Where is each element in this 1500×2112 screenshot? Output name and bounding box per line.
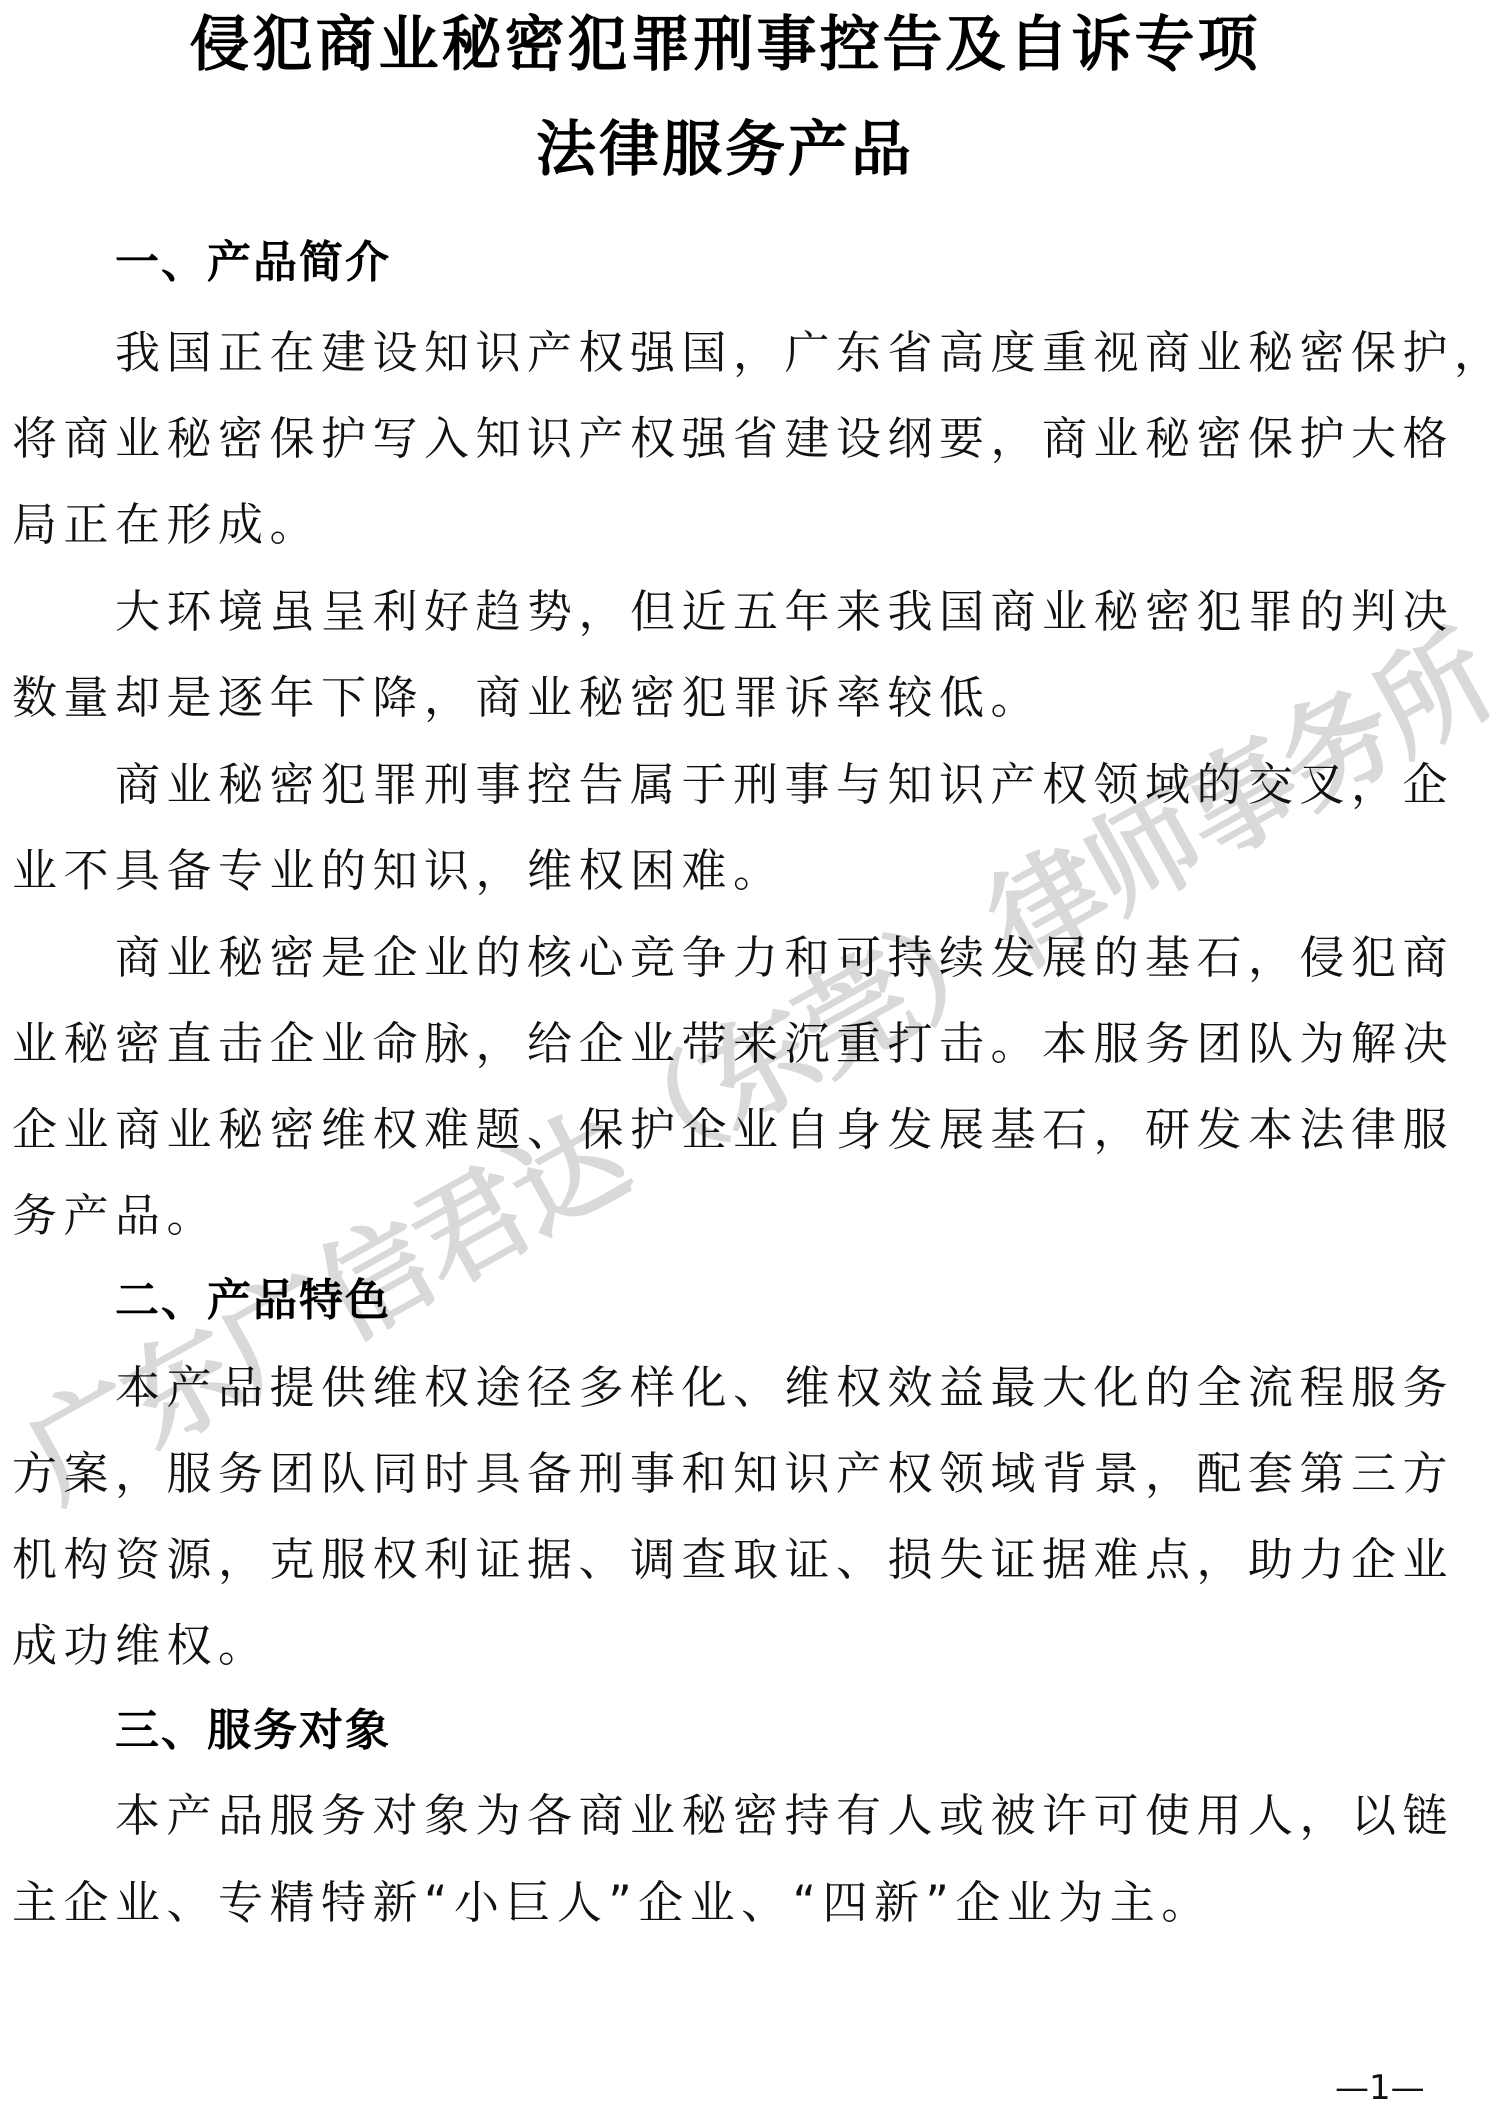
paragraph-line: 本产品服务对象为各商业秘密持有人或被许可使用人，以链 [115, 1791, 1500, 1841]
document-title-line-2: 法律服务产品 [0, 115, 1450, 185]
section-heading-features: 二、产品特色 [115, 1276, 391, 1326]
document-page: 广东广信君达（东莞）律师事务所 侵犯商业秘密犯罪刑事控告及自诉专项 法律服务产品… [0, 0, 1500, 2112]
paragraph-line: 我国正在建设知识产权强国，广东省高度重视商业秘密保护， [115, 328, 1500, 378]
page-content: 侵犯商业秘密犯罪刑事控告及自诉专项 法律服务产品 一、产品简介 我国正在建设知识… [0, 0, 1500, 2112]
paragraph-line: 务产品。 [12, 1191, 1482, 1241]
paragraph-line: 商业秘密犯罪刑事控告属于刑事与知识产权领域的交叉，企 [115, 760, 1500, 810]
page-number: —1— [1335, 2070, 1425, 2106]
section-heading-service-targets: 三、服务对象 [115, 1706, 391, 1756]
paragraph-line: 商业秘密是企业的核心竞争力和可持续发展的基石，侵犯商 [115, 933, 1500, 983]
document-title-line-1: 侵犯商业秘密犯罪刑事控告及自诉专项 [0, 10, 1450, 80]
paragraph-line: 业秘密直击企业命脉，给企业带来沉重打击。本服务团队为解决 [12, 1019, 1482, 1069]
paragraph-line: 企业商业秘密维权难题、保护企业自身发展基石，研发本法律服 [12, 1105, 1482, 1155]
paragraph-line: 本产品提供维权途径多样化、维权效益最大化的全流程服务 [115, 1363, 1500, 1413]
paragraph-line: 成功维权。 [12, 1621, 1482, 1671]
paragraph-line: 大环境虽呈利好趋势，但近五年来我国商业秘密犯罪的判决 [115, 587, 1500, 637]
section-heading-intro: 一、产品简介 [115, 238, 391, 288]
paragraph-line: 将商业秘密保护写入知识产权强省建设纲要，商业秘密保护大格 [12, 414, 1482, 464]
paragraph-line: 主企业、专精特新“小巨人”企业、“四新”企业为主。 [12, 1878, 1482, 1928]
paragraph-line: 方案，服务团队同时具备刑事和知识产权领域背景，配套第三方 [12, 1449, 1482, 1499]
paragraph-line: 机构资源，克服权利证据、调查取证、损失证据难点，助力企业 [12, 1535, 1482, 1585]
paragraph-line: 业不具备专业的知识，维权困难。 [12, 846, 1482, 896]
paragraph-line: 数量却是逐年下降，商业秘密犯罪诉率较低。 [12, 673, 1482, 723]
paragraph-line: 局正在形成。 [12, 500, 1482, 550]
